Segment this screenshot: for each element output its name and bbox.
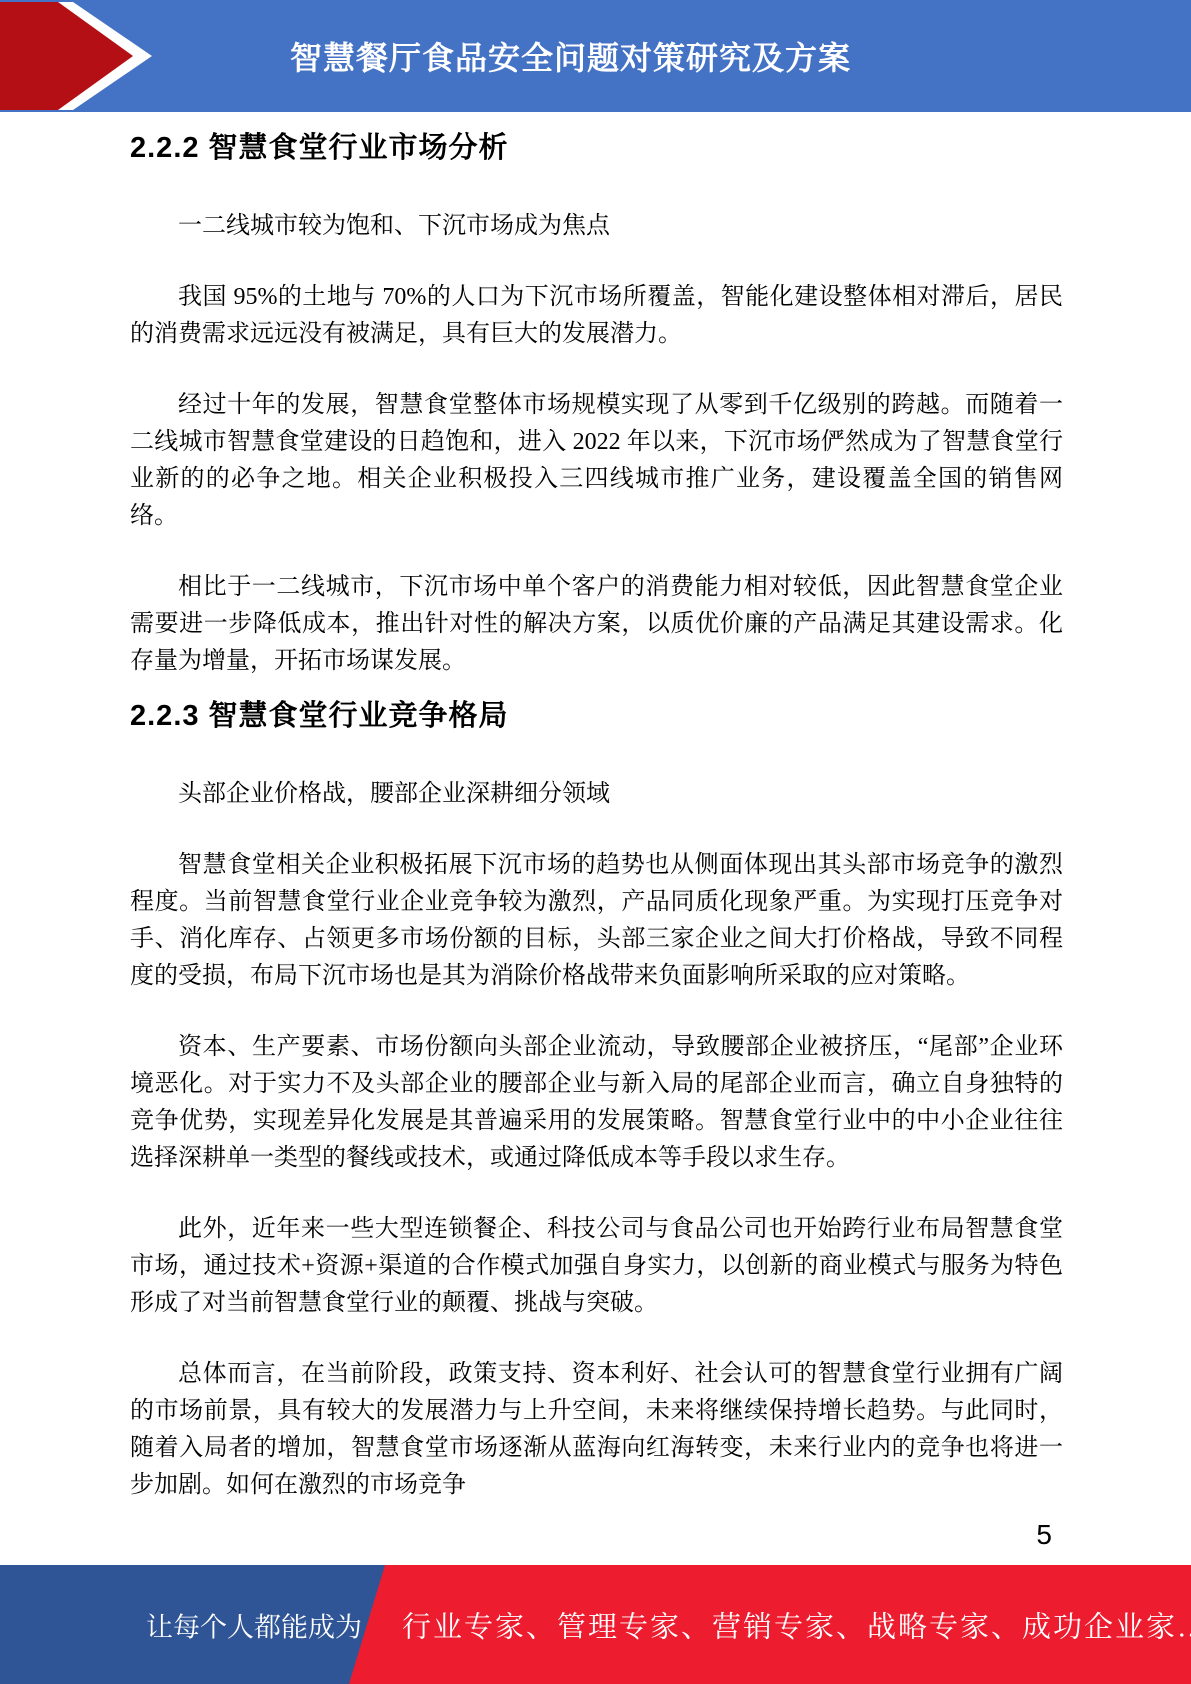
document-title: 智慧餐厅食品安全问题对策研究及方案: [290, 33, 851, 79]
section-2-2-3-subheading: 头部企业价格战，腰部企业深耕细分领域: [130, 776, 1063, 813]
footer-slogan-left: 让每个人都能成为: [146, 1605, 362, 1644]
paragraph: 相比于一二线城市，下沉市场中单个客户的消费能力相对较低，因此智慧食堂企业需要进一…: [130, 569, 1063, 680]
page-footer: 让每个人都能成为 行业专家、管理专家、营销专家、战略专家、成功企业家……: [0, 1565, 1191, 1684]
paragraph: 资本、生产要素、市场份额向头部企业流动，导致腰部企业被挤压，“尾部”企业环境恶化…: [130, 1029, 1063, 1177]
paragraph: 总体而言，在当前阶段，政策支持、资本利好、社会认可的智慧食堂行业拥有广阔的市场前…: [130, 1356, 1063, 1504]
paragraph: 我国 95%的土地与 70%的人口为下沉市场所覆盖，智能化建设整体相对滞后，居民…: [130, 279, 1063, 353]
page-number: 5: [0, 1516, 1052, 1553]
section-heading-2-2-3: 2.2.3 智慧食堂行业竞争格局: [130, 694, 1063, 738]
footer-slogan-right: 行业专家、管理专家、营销专家、战略专家、成功企业家……: [402, 1604, 1191, 1645]
page-body: 2.2.2 智慧食堂行业市场分析 一二线城市较为饱和、下沉市场成为焦点 我国 9…: [0, 112, 1191, 1565]
section-market-analysis: 2.2.2 智慧食堂行业市场分析 一二线城市较为饱和、下沉市场成为焦点 我国 9…: [130, 126, 1063, 680]
section-2-2-2-subheading: 一二线城市较为饱和、下沉市场成为焦点: [130, 208, 1063, 245]
section-competitive-landscape: 2.2.3 智慧食堂行业竞争格局 头部企业价格战，腰部企业深耕细分领域 智慧食堂…: [130, 694, 1063, 1504]
chevron-arrow-icon: [0, 0, 170, 112]
page-header: 智慧餐厅食品安全问题对策研究及方案: [0, 0, 1191, 112]
paragraph: 此外，近年来一些大型连锁餐企、科技公司与食品公司也开始跨行业布局智慧食堂市场，通…: [130, 1211, 1063, 1322]
document-page: 智慧餐厅食品安全问题对策研究及方案 2.2.2 智慧食堂行业市场分析 一二线城市…: [0, 0, 1191, 1684]
section-heading-2-2-2: 2.2.2 智慧食堂行业市场分析: [130, 126, 1063, 170]
paragraph: 智慧食堂相关企业积极拓展下沉市场的趋势也从侧面体现出其头部市场竞争的激烈程度。当…: [130, 847, 1063, 995]
paragraph: 经过十年的发展，智慧食堂整体市场规模实现了从零到千亿级别的跨越。而随着一二线城市…: [130, 387, 1063, 535]
